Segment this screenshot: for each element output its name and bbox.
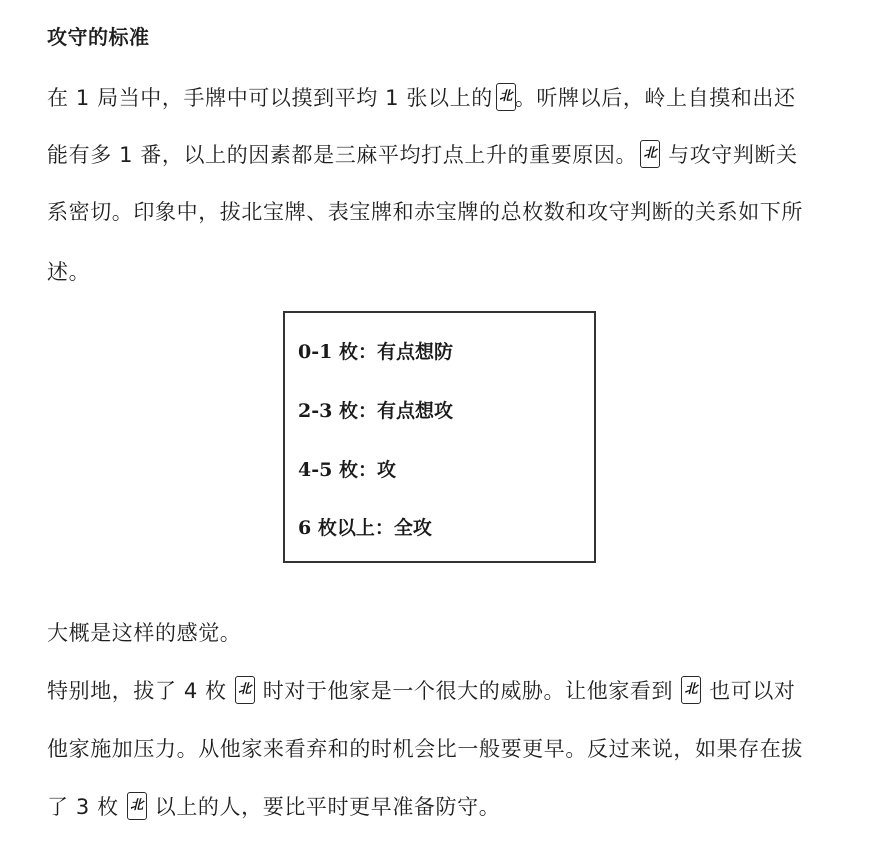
- north-tile-icon: 北: [127, 792, 147, 820]
- text-segment: 在 1 局当中，手牌中可以摸到平均 1 张以上的: [47, 86, 493, 110]
- north-tile-icon: 北: [681, 676, 701, 704]
- paragraph-1-line-4: 述。: [47, 255, 90, 289]
- section-title: 攻守的标准: [47, 24, 150, 50]
- rule-row-6-plus: 6 枚以上：全攻: [298, 513, 432, 543]
- text-segment: 与攻守判断关: [668, 143, 798, 167]
- text-segment: 能有多 1 番，以上的因素都是三麻平均打点上升的重要原因。: [47, 143, 637, 167]
- paragraph-3-line-1: 特别地，拔了 4 枚北时对于他家是一个很大的威胁。让他家看到北也可以对: [47, 674, 796, 708]
- text-segment: 了 3 枚: [47, 795, 119, 819]
- paragraph-3-line-2: 他家施加压力。从他家来看弃和的时机会比一般要更早。反过来说，如果存在拔: [47, 732, 803, 766]
- rule-row-4-5: 4-5 枚：攻: [298, 455, 396, 485]
- north-tile-icon: 北: [235, 676, 255, 704]
- text-segment: 时对于他家是一个很大的威胁。让他家看到: [263, 679, 673, 703]
- rule-row-2-3: 2-3 枚：有点想攻: [298, 396, 453, 426]
- text-segment: 。听牌以后，岭上自摸和出还: [515, 86, 796, 110]
- text-segment: 以上的人，要比平时更早准备防守。: [155, 795, 501, 819]
- paragraph-1-line-3: 系密切。印象中，拔北宝牌、表宝牌和赤宝牌的总枚数和攻守判断的关系如下所: [47, 195, 803, 229]
- paragraph-2: 大概是这样的感觉。: [47, 616, 241, 650]
- paragraph-1-line-2: 能有多 1 番，以上的因素都是三麻平均打点上升的重要原因。北与攻守判断关: [47, 138, 798, 172]
- paragraph-3-line-3: 了 3 枚北以上的人，要比平时更早准备防守。: [47, 790, 500, 824]
- text-segment: 也可以对: [709, 679, 795, 703]
- north-tile-icon: 北: [640, 140, 660, 168]
- north-tile-icon: 北: [496, 83, 516, 111]
- rule-row-0-1: 0-1 枚：有点想防: [298, 337, 453, 367]
- text-segment: 特别地，拔了 4 枚: [47, 679, 227, 703]
- rules-box: 0-1 枚：有点想防 2-3 枚：有点想攻 4-5 枚：攻 6 枚以上：全攻: [283, 311, 596, 563]
- paragraph-1-line-1: 在 1 局当中，手牌中可以摸到平均 1 张以上的北。听牌以后，岭上自摸和出还: [47, 81, 796, 115]
